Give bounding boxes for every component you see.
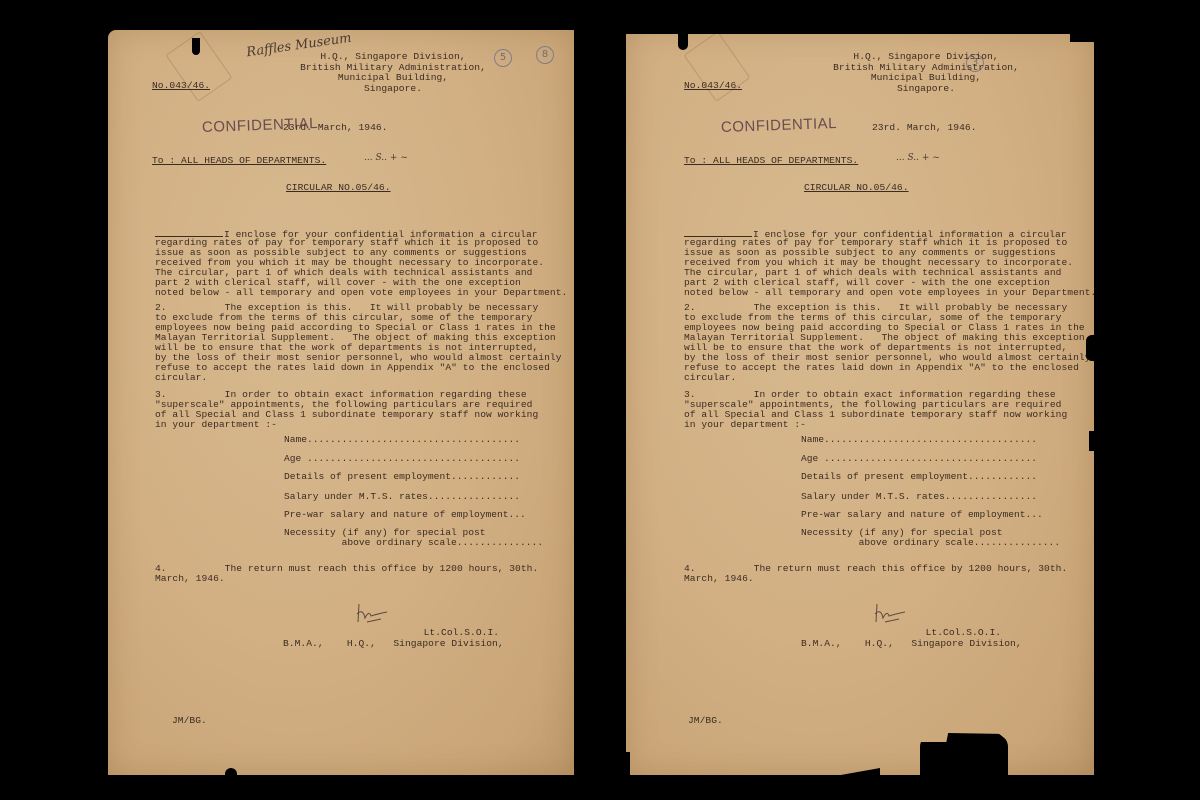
edge-tear xyxy=(225,768,237,778)
document-body: No.043/46. H.Q., Singapore Division, Bri… xyxy=(626,30,1094,775)
handwritten-annotation: ... S.. + ~ xyxy=(364,153,408,164)
text-line: in your department :- xyxy=(684,420,1084,430)
text-line: noted below - all temporary and open vot… xyxy=(684,288,1084,298)
address-line: H.Q., Singapore Division, xyxy=(821,52,1031,63)
confidential-stamp: CONFIDENTIAL xyxy=(721,119,837,134)
signature-block: Lt.Col.S.O.I. B.M.A., H.Q., Singapore Di… xyxy=(801,628,1022,649)
signature-icon xyxy=(871,600,911,630)
document-page-right: 3 No.043/46. H.Q., Singapore Division, B… xyxy=(626,30,1094,775)
paragraph-2: 2. The exception is this. It will probab… xyxy=(684,303,1084,383)
paragraph-1: I enclose for your confidential informat… xyxy=(155,228,555,298)
signature-title: Lt.Col.S.O.I. xyxy=(351,628,572,639)
field-present-employment: Details of present employment...........… xyxy=(284,472,520,483)
circular-title: CIRCULAR NO.05/46. xyxy=(804,183,909,194)
signature-icon xyxy=(353,600,393,630)
text-line: March, 1946. xyxy=(684,574,1084,584)
signature-title: Lt.Col.S.O.I. xyxy=(853,628,1074,639)
signature-block: Lt.Col.S.O.I. B.M.A., H.Q., Singapore Di… xyxy=(283,628,504,649)
edge-tear xyxy=(1089,431,1096,451)
address-line: Municipal Building, xyxy=(288,73,498,84)
sender-address: H.Q., Singapore Division, British Milita… xyxy=(821,52,1031,94)
document-page-left: Raffles Museum 5 8 No.043/46. H.Q., Sing… xyxy=(108,30,574,775)
edge-tear xyxy=(1086,335,1096,361)
typist-initials: JM/BG. xyxy=(172,716,207,727)
signature-organization: B.M.A., H.Q., Singapore Division, xyxy=(283,639,504,650)
edge-tear xyxy=(624,752,630,777)
signature-organization: B.M.A., H.Q., Singapore Division, xyxy=(801,639,1022,650)
field-age: Age ....................................… xyxy=(284,454,520,465)
handwritten-annotation: ... S.. + ~ xyxy=(896,153,940,164)
text-line: refuse to accept the rates laid down in … xyxy=(155,363,555,373)
circular-title: CIRCULAR NO.05/46. xyxy=(286,183,391,194)
field-name: Name....................................… xyxy=(284,435,520,446)
address-line: Singapore. xyxy=(288,84,498,95)
field-necessity-cont: above ordinary scale............... xyxy=(284,538,543,549)
text-line: circular. xyxy=(155,373,555,383)
text-line: March, 1946. xyxy=(155,574,555,584)
field-age: Age ....................................… xyxy=(801,454,1037,465)
field-name: Name....................................… xyxy=(801,435,1037,446)
paragraph-3: 3. In order to obtain exact information … xyxy=(155,390,555,430)
document-date: 23rd. March, 1946. xyxy=(283,123,388,134)
reference-number: No.043/46. xyxy=(684,81,742,92)
text-line: noted below - all temporary and open vot… xyxy=(155,288,555,298)
typist-initials: JM/BG. xyxy=(688,716,723,727)
sender-address: H.Q., Singapore Division, British Milita… xyxy=(288,52,498,94)
field-prewar-salary: Pre-war salary and nature of employment.… xyxy=(801,510,1043,521)
field-salary-mts: Salary under M.T.S. rates...............… xyxy=(801,492,1037,503)
recipient-line: To : ALL HEADS OF DEPARTMENTS. xyxy=(684,156,858,167)
field-present-employment: Details of present employment...........… xyxy=(801,472,1037,483)
text-line: refuse to accept the rates laid down in … xyxy=(684,363,1084,373)
reference-number: No.043/46. xyxy=(152,81,210,92)
paragraph-2: 2. The exception is this. It will probab… xyxy=(155,303,555,383)
document-date: 23rd. March, 1946. xyxy=(872,123,977,134)
address-line: Singapore. xyxy=(821,84,1031,95)
field-salary-mts: Salary under M.T.S. rates...............… xyxy=(284,492,520,503)
paragraph-4: 4. The return must reach this office by … xyxy=(155,564,555,584)
address-line: Municipal Building, xyxy=(821,73,1031,84)
paragraph-3: 3. In order to obtain exact information … xyxy=(684,390,1084,430)
document-body: No.043/46. H.Q., Singapore Division, Bri… xyxy=(108,30,574,775)
field-necessity-cont: above ordinary scale............... xyxy=(801,538,1060,549)
field-prewar-salary: Pre-war salary and nature of employment.… xyxy=(284,510,526,521)
text-line: in your department :- xyxy=(155,420,555,430)
paragraph-1: I enclose for your confidential informat… xyxy=(684,228,1084,298)
text-line: circular. xyxy=(684,373,1084,383)
address-line: H.Q., Singapore Division, xyxy=(288,52,498,63)
paragraph-4: 4. The return must reach this office by … xyxy=(684,564,1084,584)
recipient-line: To : ALL HEADS OF DEPARTMENTS. xyxy=(152,156,326,167)
